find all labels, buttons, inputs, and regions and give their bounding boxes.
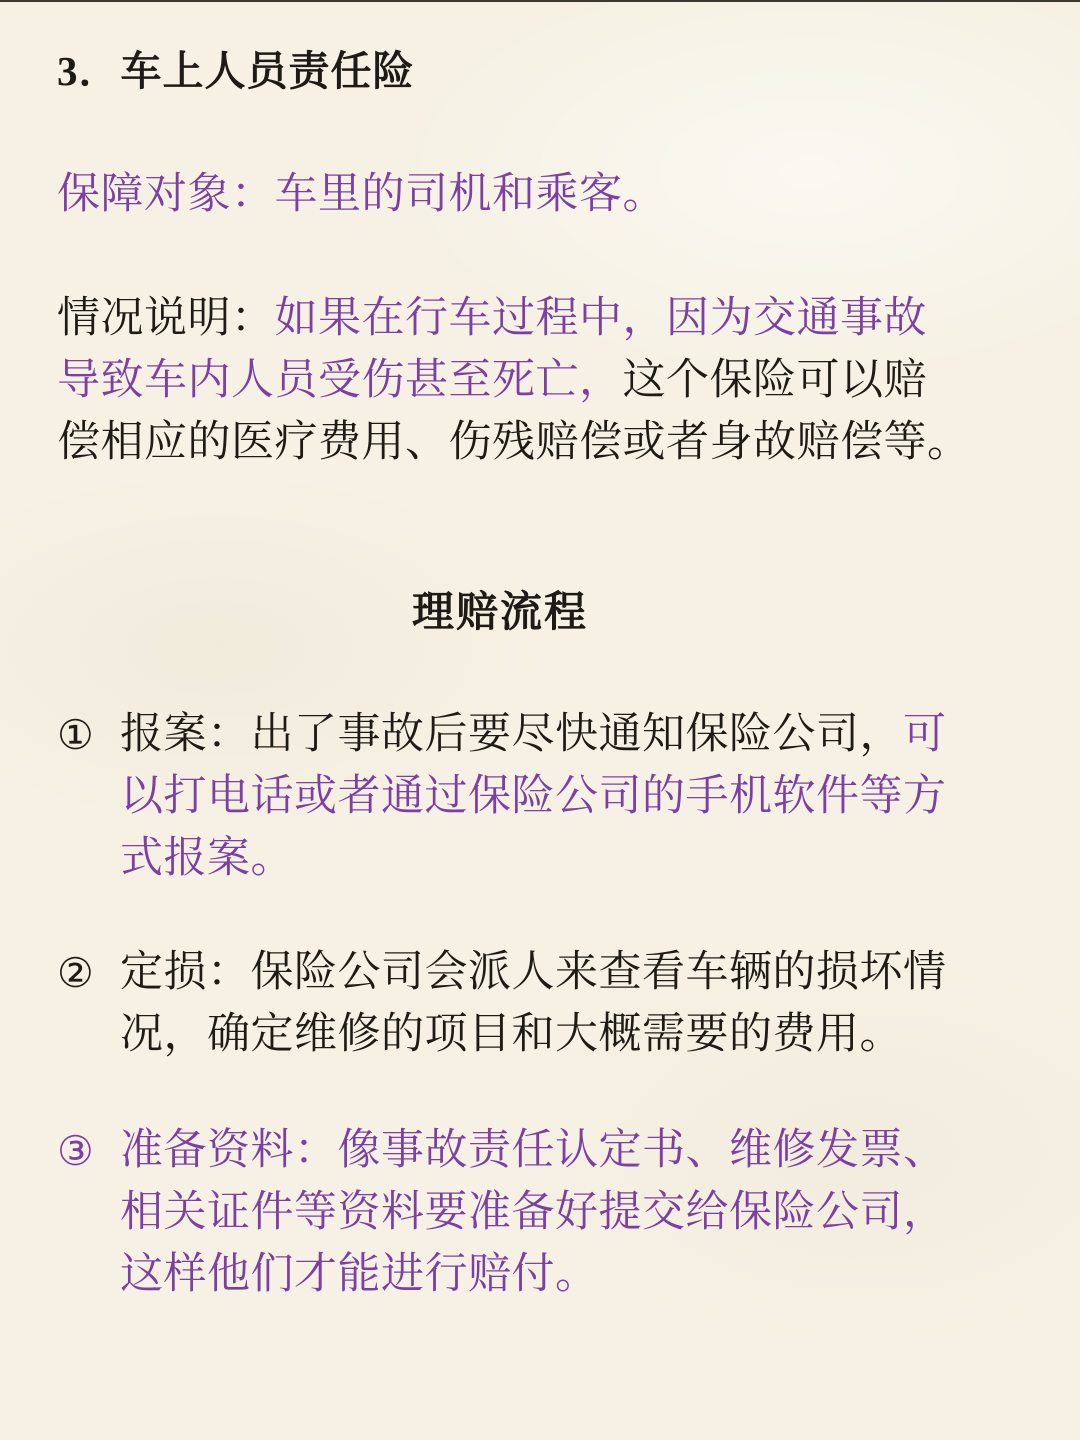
step-text: 定损：保险公司会派人来查看车辆的损坏情 况，确定维修的项目和大概需要的费用。 xyxy=(120,942,1013,1066)
text-segment: 定损：保险公司会派人来查看车辆的损坏情 况，确定维修的项目和大概需要的费用。 xyxy=(120,949,947,1058)
step-text: 准备资料：像事故责任认定书、维修发票、 相关证件等资料要准备好提交给保险公司， … xyxy=(120,1120,1013,1306)
step-number: ① xyxy=(57,704,120,766)
claims-step: ①报案：出了事故后要尽快通知保险公司，可 以打电话或者通过保险公司的手机软件等方… xyxy=(57,704,1013,890)
claims-step: ③准备资料：像事故责任认定书、维修发票、 相关证件等资料要准备好提交给保险公司，… xyxy=(57,1120,1013,1306)
step-number: ③ xyxy=(57,1120,120,1182)
claims-step: ②定损：保险公司会派人来查看车辆的损坏情 况，确定维修的项目和大概需要的费用。 xyxy=(57,942,1013,1066)
claims-steps-list: ①报案：出了事故后要尽快通知保险公司，可 以打电话或者通过保险公司的手机软件等方… xyxy=(57,0,1065,1440)
step-number: ② xyxy=(57,942,120,1004)
text-segment: 准备资料：像事故责任认定书、维修发票、 相关证件等资料要准备好提交给保险公司， … xyxy=(120,1127,947,1298)
step-text: 报案：出了事故后要尽快通知保险公司，可 以打电话或者通过保险公司的手机软件等方 … xyxy=(120,704,1013,890)
insurance-note-page: 3．车上人员责任险 保障对象：车里的司机和乘客。 情况说明：如果在行车过程中，因… xyxy=(0,0,1080,1440)
text-segment: 报案：出了事故后要尽快通知保险公司， xyxy=(120,711,903,758)
